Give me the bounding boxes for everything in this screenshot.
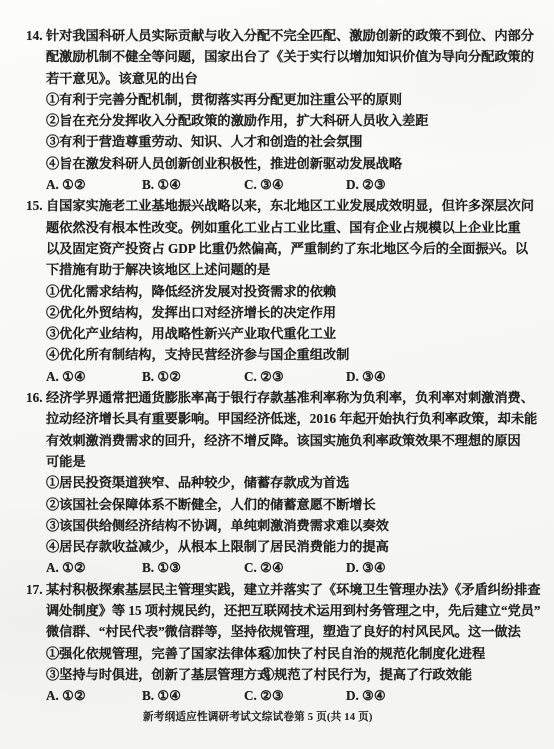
stem-text: 以及固定资产投资占 GDP 比重仍然偏高，严重制约了东北地区今后的全面振兴。以 (46, 241, 528, 256)
stem-text: 题依然没有根本性改变。例如重化工业占工业比重、国有企业占规模以上企业比重 (46, 220, 521, 235)
question-line: ④旨在激发科研人员创新创业积极性，推进创新驱动发展战略 (0, 153, 554, 174)
question-line: ①有利于完善分配机制，贯彻落实再分配更加注重公平的原则 (0, 89, 554, 110)
question-line: ①优化需求结构，降低经济发展对投资需求的依赖 (0, 281, 554, 302)
stem-text: 有效刺激消费需求的回升，经济不增反降。该国实施负利率政策效果不理想的原因 (46, 433, 521, 448)
option-text: ③坚持与时俱进，创新了基层管理方式 (46, 664, 261, 685)
answer-choice: B. ①③ (142, 557, 244, 578)
option-text: ①有利于完善分配机制，贯彻落实再分配更加注重公平的原则 (46, 92, 402, 107)
question-line: ③该国供给侧经济结构不协调，单纯刺激消费需求难以奏效 (0, 515, 554, 536)
question-line: ②优化外贸结构，发挥出口对经济增长的决定作用 (0, 302, 554, 323)
answer-choice: C. ②④ (244, 557, 346, 578)
question-line: 调处制度》等 15 项村规民约，还把互联网技术运用到村务管理之中，先后建立“党员… (0, 600, 554, 621)
option-text: ②优化外贸结构，发挥出口对经济增长的决定作用 (46, 305, 336, 320)
option-text: ③有利于营造尊重劳动、知识、人才和创造的社会氛围 (46, 134, 363, 149)
stem-text: 经济学界通常把通货膨胀率高于银行存款基准利率称为负利率，负利率对刺激消费、 (46, 390, 534, 405)
option-text: ④规范了村民行为，提高了行政效能 (261, 667, 472, 682)
answer-choice: A. ①④ (46, 366, 142, 387)
question-line: ①居民投资渠道狭窄、品种较少，储蓄存款成为首选 (0, 472, 554, 493)
question-line: 有效刺激消费需求的回升，经济不增反降。该国实施负利率政策效果不理想的原因 (0, 430, 554, 451)
question-line: 15.自国家实施老工业基地振兴战略以来，东北地区工业发展成效明显，但许多深层次问 (0, 195, 554, 216)
answer-choice: A. ①② (46, 557, 142, 578)
answer-choice: D. ③④ (346, 557, 386, 578)
question-line: 16.经济学界通常把通货膨胀率高于银行存款基准利率称为负利率，负利率对刺激消费、 (0, 387, 554, 408)
question-block: 14.针对我国科研人员实际贡献与收入分配不完全匹配、激励创新的政策不到位、内部分… (0, 25, 554, 195)
question-line: ②该国社会保障体系不断健全，人们的储蓄意愿不断增长 (0, 494, 554, 515)
stem-text: 可能是 (46, 454, 86, 469)
stem-text: 配激励机制不健全等问题，国家出台了《关于实行以增加知识价值为导向分配政策的 (46, 49, 534, 64)
option-text: ①优化需求结构，降低经济发展对投资需求的依赖 (46, 284, 336, 299)
answer-choice: A. ①② (46, 685, 142, 706)
answer-choices-row: A. ①④B. ①②C. ②③D. ③④ (0, 366, 554, 387)
answer-choice: A. ①② (46, 174, 142, 195)
question-line: ④优化所有制结构，支持民营经济参与国企重组改制 (0, 344, 554, 365)
answer-choice: B. ①④ (142, 174, 244, 195)
question-line: 题依然没有根本性改变。例如重化工业占工业比重、国有企业占规模以上企业比重 (0, 217, 554, 238)
option-text: ③该国供给侧经济结构不协调，单纯刺激消费需求难以奏效 (46, 518, 389, 533)
answer-choice: C. ②③ (244, 685, 346, 706)
question-number: 15. (26, 195, 42, 216)
question-line: 下措施有助于解决该地区上述问题的是 (0, 259, 554, 280)
answer-choices-row: A. ①②B. ①④C. ②③D. ③④ (0, 685, 554, 706)
question-line: 拉动经济增长具有重要影响。甲国经济低迷，2016 年起开始执行负利率政策，却未能 (0, 408, 554, 429)
answer-choices-row: A. ①②B. ①④C. ③④D. ②③ (0, 174, 554, 195)
stem-text: 调处制度》等 15 项村规民约，还把互联网技术运用到村务管理之中，先后建立“党员… (46, 603, 541, 618)
answer-choice: D. ③④ (346, 366, 386, 387)
stem-text: 针对我国科研人员实际贡献与收入分配不完全匹配、激励创新的政策不到位、内部分 (46, 28, 534, 43)
exam-page: 14.针对我国科研人员实际贡献与收入分配不完全匹配、激励创新的政策不到位、内部分… (0, 0, 554, 749)
option-text: ④居民存款收益减少，从根本上限制了居民消费能力的提高 (46, 539, 389, 554)
option-text: ①居民投资渠道狭窄、品种较少，储蓄存款成为首选 (46, 475, 349, 490)
question-line: 微信群、“村民代表”微信群等，坚持依规管理，塑造了良好的村风民风。这一做法 (0, 621, 554, 642)
question-line: 若干意见》。该意见的出台 (0, 68, 554, 89)
question-line: 17.某村积极探索基层民主管理实践，建立并落实了《环境卫生管理办法》《矛盾纠纷排… (0, 579, 554, 600)
stem-text: 拉动经济增长具有重要影响。甲国经济低迷，2016 年起开始执行负利率政策，却未能 (46, 411, 537, 426)
option-text: ①强化依规管理，完善了国家法律体系 (46, 643, 261, 664)
answer-choice: C. ②③ (244, 366, 346, 387)
option-text: ④优化所有制结构，支持民营经济参与国企重组改制 (46, 347, 349, 362)
question-line: ③有利于营造尊重劳动、知识、人才和创造的社会氛围 (0, 131, 554, 152)
question-line: ①强化依规管理，完善了国家法律体系②加快了村民自治的规范化制度化进程 (0, 643, 554, 664)
stem-text: 微信群、“村民代表”微信群等，坚持依规管理，塑造了良好的村风民风。这一做法 (46, 624, 521, 639)
question-line: 可能是 (0, 451, 554, 472)
stem-text: 若干意见》。该意见的出台 (46, 71, 198, 86)
question-block: 15.自国家实施老工业基地振兴战略以来，东北地区工业发展成效明显，但许多深层次问… (0, 195, 554, 387)
answer-choice: D. ②③ (346, 174, 386, 195)
answer-choice: B. ①② (142, 366, 244, 387)
question-line: 14.针对我国科研人员实际贡献与收入分配不完全匹配、激励创新的政策不到位、内部分 (0, 25, 554, 46)
option-text: ②旨在充分发挥收入分配政策的激励作用，扩大科研人员收入差距 (46, 113, 428, 128)
stem-text: 某村积极探索基层民主管理实践，建立并落实了《环境卫生管理办法》《矛盾纠纷排查 (46, 582, 541, 597)
question-block: 17.某村积极探索基层民主管理实践，建立并落实了《环境卫生管理办法》《矛盾纠纷排… (0, 579, 554, 707)
question-line: ③优化产业结构，用战略性新兴产业取代重化工业 (0, 323, 554, 344)
questions-area: 14.针对我国科研人员实际贡献与收入分配不完全匹配、激励创新的政策不到位、内部分… (0, 25, 554, 707)
answer-choice: D. ③④ (346, 685, 386, 706)
question-line: ③坚持与时俱进，创新了基层管理方式④规范了村民行为，提高了行政效能 (0, 664, 554, 685)
question-line: 配激励机制不健全等问题，国家出台了《关于实行以增加知识价值为导向分配政策的 (0, 46, 554, 67)
question-number: 17. (26, 579, 42, 600)
stem-text: 自国家实施老工业基地振兴战略以来，东北地区工业发展成效明显，但许多深层次问 (46, 198, 534, 213)
stem-text: 下措施有助于解决该地区上述问题的是 (46, 262, 270, 277)
option-text: ②该国社会保障体系不断健全，人们的储蓄意愿不断增长 (46, 497, 376, 512)
option-text: ③优化产业结构，用战略性新兴产业取代重化工业 (46, 326, 336, 341)
question-number: 16. (26, 387, 42, 408)
question-line: ②旨在充分发挥收入分配政策的激励作用，扩大科研人员收入差距 (0, 110, 554, 131)
question-line: 以及固定资产投资占 GDP 比重仍然偏高，严重制约了东北地区今后的全面振兴。以 (0, 238, 554, 259)
option-text: ④旨在激发科研人员创新创业积极性，推进创新驱动发展战略 (46, 156, 402, 171)
option-text: ②加快了村民自治的规范化制度化进程 (261, 646, 485, 661)
answer-choice: B. ①④ (142, 685, 244, 706)
question-block: 16.经济学界通常把通货膨胀率高于银行存款基准利率称为负利率，负利率对刺激消费、… (0, 387, 554, 579)
page-footer: 新考纲适应性调研考试文综试卷第 5 页(共 14 页) (143, 709, 373, 724)
question-line: ④居民存款收益减少，从根本上限制了居民消费能力的提高 (0, 536, 554, 557)
question-number: 14. (26, 25, 42, 46)
answer-choices-row: A. ①②B. ①③C. ②④D. ③④ (0, 557, 554, 578)
answer-choice: C. ③④ (244, 174, 346, 195)
